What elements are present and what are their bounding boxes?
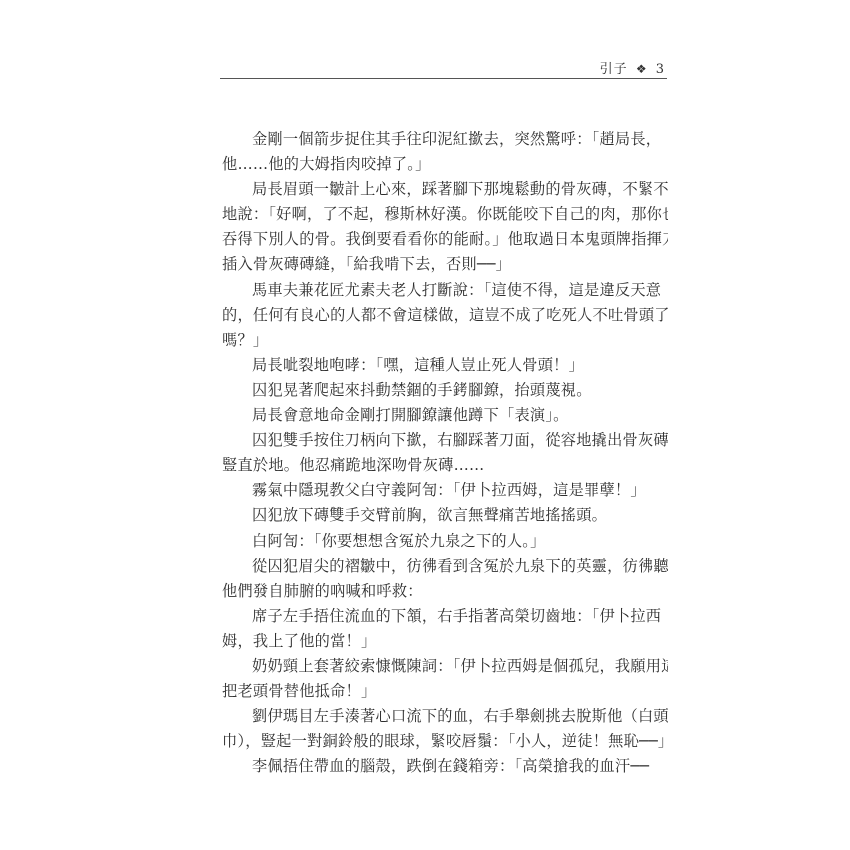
text-line: 奶奶頸上套著絞索慷慨陳詞：「伊卜拉西姆是個孤兒，我願用這 <box>222 654 668 679</box>
text-line: 嗎？」 <box>222 328 668 353</box>
text-line: 巾），豎起一對銅鈴般的眼球，緊咬唇鬚：「小人，逆徒！無恥──」 <box>222 729 668 754</box>
text-line: 把老頭骨替他抵命！」 <box>222 679 668 704</box>
text-line: 的，任何有良心的人都不會這樣做，這豈不成了吃死人不吐骨頭了 <box>222 303 668 328</box>
fleuron-icon: ❖ <box>636 62 648 76</box>
text-line: 局長呲裂地咆哮：「嘿，這種人豈止死人骨頭！」 <box>222 353 668 378</box>
text-line: 插入骨灰磚磚縫，「給我啃下去，否則──」 <box>222 252 668 277</box>
text-line: 囚犯放下磚雙手交臂前胸，欲言無聲痛苦地搖搖頭。 <box>222 503 668 528</box>
text-line: 他……他的大姆指肉咬掉了。」 <box>222 152 668 177</box>
header-title: 引子 ❖ 3 <box>600 58 665 77</box>
body-text: 金剛一個箭步捉住其手往印泥紅撳去，突然驚呼：「趙局長，他……他的大姆指肉咬掉了。… <box>222 127 668 779</box>
text-line: 席子左手捂住流血的下頷，右手指著高榮切齒地：「伊卜拉西 <box>222 604 668 629</box>
text-line: 霧氣中隱現教父白守義阿訇：「伊卜拉西姆，這是罪孽！」 <box>222 478 668 503</box>
text-line: 囚犯雙手按住刀柄向下撳，右腳踩著刀面，從容地撬出骨灰磚並 <box>222 428 668 453</box>
text-line: 姆，我上了他的當！」 <box>222 629 668 654</box>
text-line: 李佩捂住帶血的腦殼，跌倒在錢箱旁：「高榮搶我的血汗── <box>222 754 668 779</box>
text-line: 白阿訇：「你要想想含冤於九泉之下的人。」 <box>222 529 668 554</box>
text-line: 地說：「好啊，了不起，穆斯林好漢。你既能咬下自己的肉，那你也 <box>222 202 668 227</box>
text-line: 囚犯晃著爬起來抖動禁錮的手銬腳鐐，抬頭蔑視。 <box>222 378 668 403</box>
text-line: 局長眉頭一皺計上心來，踩著腳下那塊鬆動的骨灰磚，不緊不慢 <box>222 177 668 202</box>
text-line: 從囚犯眉尖的褶皺中，彷彿看到含冤於九泉下的英靈，彷彿聽到 <box>222 554 668 579</box>
text-line: 劉伊瑪目左手湊著心口流下的血，右手舉劍挑去脫斯他（白頭 <box>222 704 668 729</box>
running-header: 引子 ❖ 3 <box>220 58 667 79</box>
text-line: 馬車夫兼花匠尤素夫老人打斷說：「這使不得，這是違反天意 <box>222 278 668 303</box>
page-number: 3 <box>656 62 665 77</box>
text-line: 吞得下別人的骨。我倒要看看你的能耐。」他取過日本鬼頭牌指揮刀 <box>222 227 668 252</box>
text-line: 豎直於地。他忍痛跪地深吻骨灰磚…… <box>222 453 668 478</box>
text-line: 他們發自肺腑的吶喊和呼救： <box>222 579 668 604</box>
text-line: 金剛一個箭步捉住其手往印泥紅撳去，突然驚呼：「趙局長， <box>222 127 668 152</box>
text-line: 局長會意地命金剛打開腳鐐讓他蹲下「表演」。 <box>222 403 668 428</box>
chapter-title: 引子 <box>600 62 628 77</box>
